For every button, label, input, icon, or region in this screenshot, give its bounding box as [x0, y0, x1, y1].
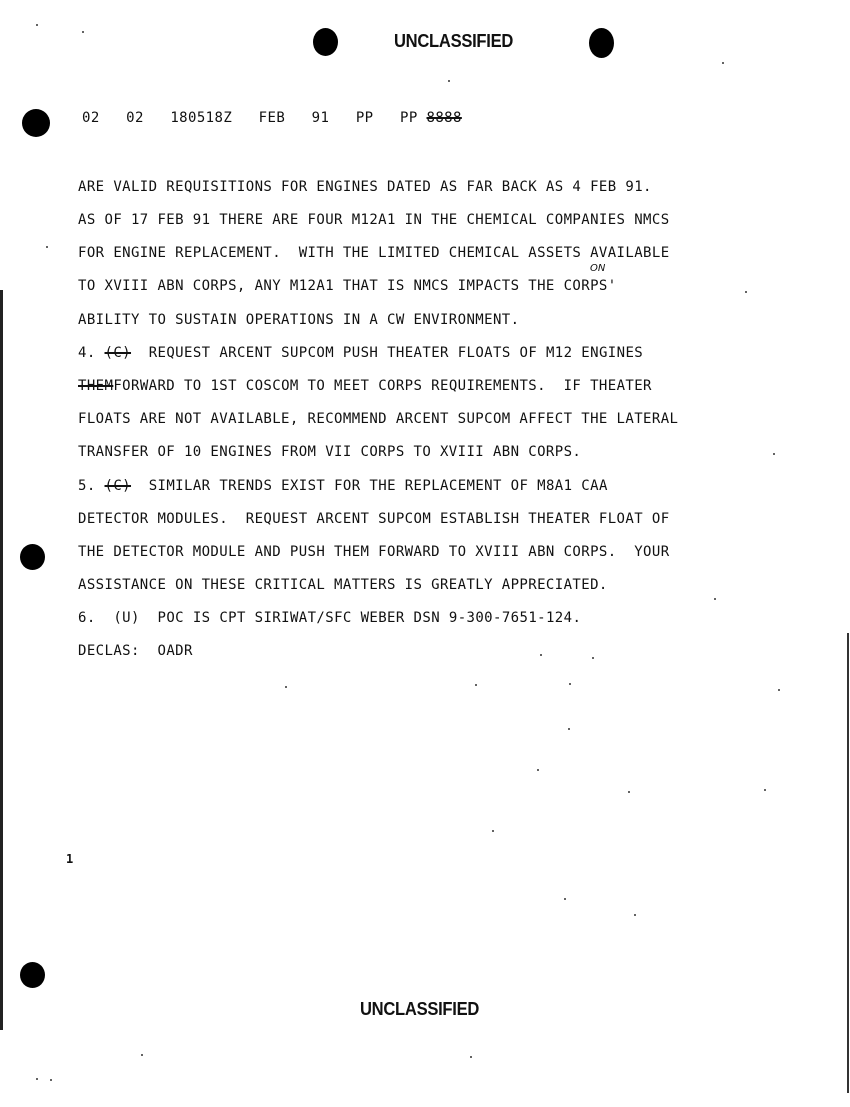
scan-speck	[564, 898, 566, 900]
handwritten-insert: ON	[590, 263, 605, 274]
paragraph-text: REQUEST ARCENT SUPCOM PUSH THEATER FLOAT…	[149, 345, 643, 361]
scan-speck	[540, 654, 542, 656]
scan-speck	[569, 683, 571, 685]
body-line: TO XVIII ABN CORPS, ANY M12A1 THAT IS NM…	[78, 278, 617, 294]
paragraph-number: 6.	[78, 610, 96, 626]
message-header: 02 02 180518Z FEB 91 PP PP 8888	[82, 110, 462, 126]
paragraph-5-line-4: ASSISTANCE ON THESE CRITICAL MATTERS IS …	[78, 577, 608, 593]
header-precedence: PP	[400, 110, 418, 126]
scan-speck	[592, 657, 594, 659]
scan-edge-left	[0, 290, 3, 1030]
punch-hole-top-left	[313, 28, 338, 56]
paragraph-5-line-2: DETECTOR MODULES. REQUEST ARCENT SUPCOM …	[78, 511, 670, 527]
scan-speck	[82, 31, 84, 33]
body-line: ABILITY TO SUSTAIN OPERATIONS IN A CW EN…	[78, 312, 519, 328]
classification-marking: (U)	[113, 610, 140, 626]
scan-speck	[285, 686, 287, 688]
scan-speck	[36, 1078, 38, 1080]
scan-speck	[141, 1054, 143, 1056]
classification-banner-top: UNCLASSIFIED	[394, 31, 513, 52]
body-line: AS OF 17 FEB 91 THERE ARE FOUR M12A1 IN …	[78, 212, 670, 228]
scan-speck	[475, 684, 477, 686]
paragraph-text: SIMILAR TRENDS EXIST FOR THE REPLACEMENT…	[149, 478, 608, 494]
paragraph-4-line-3: FLOATS ARE NOT AVAILABLE, RECOMMEND ARCE…	[78, 411, 678, 427]
body-line: FOR ENGINE REPLACEMENT. WITH THE LIMITED…	[78, 245, 670, 261]
struck-classification-marking: (C)	[105, 478, 132, 494]
scan-speck	[634, 914, 636, 916]
header-struck-code: 8888	[427, 110, 462, 126]
punch-hole-header	[22, 109, 50, 137]
struck-word: THEM	[78, 378, 113, 394]
header-field: 02	[126, 110, 144, 126]
declas-value: OADR	[157, 643, 192, 659]
scan-speck	[714, 598, 716, 600]
paragraph-5-line-1: 5. (C) SIMILAR TRENDS EXIST FOR THE REPL…	[78, 478, 608, 494]
header-month: FEB	[259, 110, 286, 126]
header-field: 02	[82, 110, 100, 126]
scan-speck	[36, 24, 38, 26]
paragraph-number: 4.	[78, 345, 96, 361]
declassification-line: DECLAS: OADR	[78, 643, 193, 659]
paragraph-4-line-1: 4. (C) REQUEST ARCENT SUPCOM PUSH THEATE…	[78, 345, 643, 361]
paragraph-text: FORWARD TO 1ST COSCOM TO MEET CORPS REQU…	[113, 378, 652, 394]
paragraph-text: POC IS CPT SIRIWAT/SFC WEBER DSN 9-300-7…	[158, 610, 582, 626]
declas-label: DECLAS:	[78, 643, 140, 659]
scan-speck	[568, 728, 570, 730]
scan-speck	[537, 769, 539, 771]
punch-hole-mid-left	[20, 544, 45, 570]
scan-speck	[773, 453, 775, 455]
struck-classification-marking: (C)	[105, 345, 132, 361]
paragraph-6: 6. (U) POC IS CPT SIRIWAT/SFC WEBER DSN …	[78, 610, 581, 626]
body-line: ARE VALID REQUISITIONS FOR ENGINES DATED…	[78, 179, 652, 195]
punch-hole-top-right	[589, 28, 614, 58]
scan-speck	[628, 791, 630, 793]
classification-banner-bottom: UNCLASSIFIED	[360, 999, 479, 1020]
header-year: 91	[312, 110, 330, 126]
scan-speck	[722, 62, 724, 64]
paragraph-number: 5.	[78, 478, 96, 494]
header-precedence: PP	[356, 110, 374, 126]
punch-hole-bottom-left	[20, 962, 45, 988]
scan-edge-right	[847, 633, 849, 1093]
scan-speck	[50, 1079, 52, 1081]
scan-speck	[492, 830, 494, 832]
scan-speck	[470, 1056, 472, 1058]
scan-speck	[778, 689, 780, 691]
page-mark: 1	[66, 852, 73, 866]
scan-speck	[448, 80, 450, 82]
header-dtg: 180518Z	[170, 110, 232, 126]
paragraph-4-line-2: THEMFORWARD TO 1ST COSCOM TO MEET CORPS …	[78, 378, 652, 394]
paragraph-4-line-4: TRANSFER OF 10 ENGINES FROM VII CORPS TO…	[78, 444, 581, 460]
paragraph-5-line-3: THE DETECTOR MODULE AND PUSH THEM FORWAR…	[78, 544, 670, 560]
scan-speck	[764, 789, 766, 791]
scan-speck	[46, 246, 48, 248]
document-page: UNCLASSIFIED UNCLASSIFIED 02 02 180518Z …	[0, 0, 850, 1107]
scan-speck	[745, 291, 747, 293]
